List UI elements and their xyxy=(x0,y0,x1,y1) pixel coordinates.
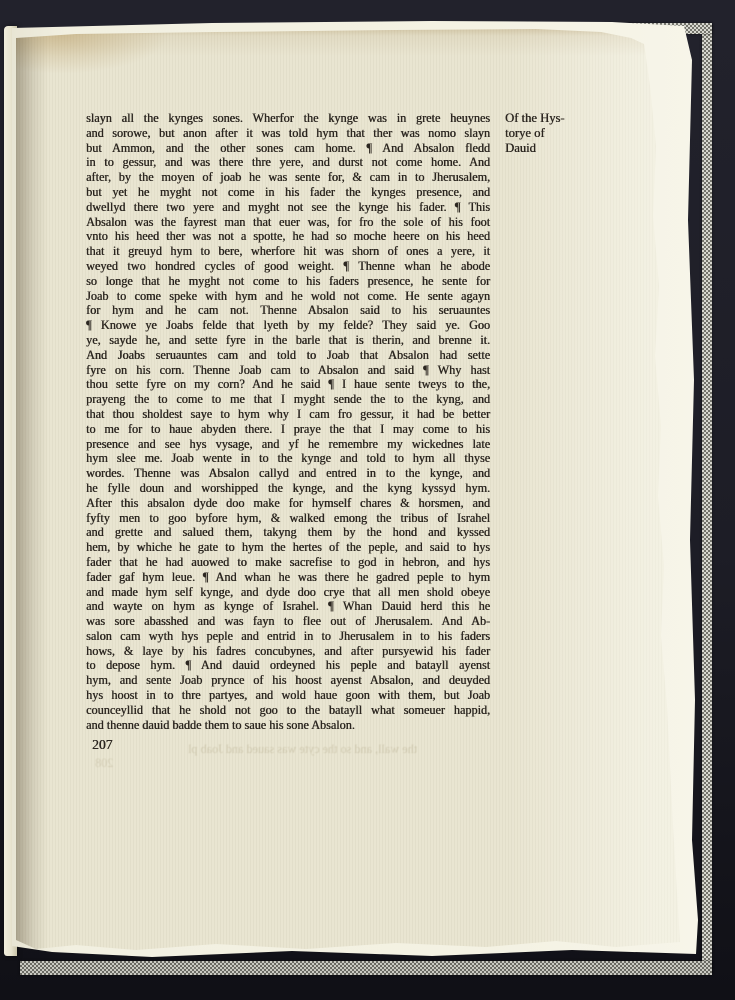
text-line: that thou sholdest saye to hym why I cam… xyxy=(86,407,490,422)
text-line: thou sette fyre on my corn? And he said … xyxy=(86,377,490,392)
text-line: wordes. Thenne was Absalon callyd and en… xyxy=(86,466,490,481)
text-line: hym slee me. Joab wente in to the kynge … xyxy=(86,451,490,466)
text-line: and made hym self kynge, and dyde doo cr… xyxy=(86,585,490,600)
text-line: And Joabs seruauntes cam and told to Joa… xyxy=(86,348,490,363)
text-line: and thenne dauid badde them to saue his … xyxy=(86,718,490,733)
text-line: dwellyd there two yere and myght not see… xyxy=(86,200,490,215)
show-through-page-number: 208 xyxy=(95,756,113,771)
text-line: fader that he had auowed to make sacrefi… xyxy=(86,555,490,570)
text-line: he fylle doun and worshipped the kynge, … xyxy=(86,481,490,496)
text-line: slayn all the kynges sones. Wherfor the … xyxy=(86,111,490,126)
text-line: after, by the moyen of joab he was sente… xyxy=(86,170,490,185)
text-line: hem, by whiche he gate to hym the hertes… xyxy=(86,540,490,555)
cloth-tape-right xyxy=(702,24,712,972)
text-line: to depose hym. ¶ And dauid ordeyned his … xyxy=(86,658,490,673)
text-line: but yet he myght not come in his fader t… xyxy=(86,185,490,200)
book-page: slayn all the kynges sones. Wherfor the … xyxy=(16,26,680,952)
text-line: hym, and sente Joab prynce of his hoost … xyxy=(86,673,490,688)
text-line: fyre on his corn. Thenne Joab cam to Abs… xyxy=(86,363,490,378)
cloth-tape-bottom xyxy=(20,961,712,975)
book-photo: slayn all the kynges sones. Wherfor the … xyxy=(0,0,735,1000)
text-line: After this absalon dyde doo make for hym… xyxy=(86,496,490,511)
text-line: ye, sayde he, and sette fyre in the barl… xyxy=(86,333,490,348)
text-line: fyfty men to goo byfore hym, & walked em… xyxy=(86,511,490,526)
text-line: Joab to come speke with hym and he wold … xyxy=(86,289,490,304)
text-line: ¶ Knowe ye Joabs felde that lyeth by my … xyxy=(86,318,490,333)
text-line: that it greuyd hym to bere, wherfore hit… xyxy=(86,244,490,259)
text-line: to me for to haue abyden there. I praye … xyxy=(86,422,490,437)
text-line: in to gessur, and was there thre yere, a… xyxy=(86,155,490,170)
text-line: for hym and he cam not. Thenne Absalon s… xyxy=(86,303,490,318)
text-line: presence and see hys vysage, and yf he r… xyxy=(86,437,490,452)
text-line: salon cam wyth hys peple and entrid in t… xyxy=(86,629,490,644)
text-line: hows, & laye by his fadres concubynes, a… xyxy=(86,644,490,659)
text-line: but Ammon, and the other sones cam home.… xyxy=(86,141,490,156)
page-number: 207 xyxy=(92,737,112,753)
text-line: counceyllid that he shold not goo to the… xyxy=(86,703,490,718)
show-through-margin: Dauid xyxy=(505,130,535,145)
text-line: prayeng the to come to me that I myght s… xyxy=(86,392,490,407)
text-line: fader gaf hym leue. ¶ And whan he was th… xyxy=(86,570,490,585)
text-line: so longe that he myght not come to his f… xyxy=(86,274,490,289)
text-line: and grette and salued them, takyng them … xyxy=(86,525,490,540)
body-text: slayn all the kynges sones. Wherfor the … xyxy=(86,111,490,732)
text-line: was sore abasshed and was fayn to flee o… xyxy=(86,614,490,629)
text-line: and sorowe, but anon after it was told h… xyxy=(86,126,490,141)
show-through-line: the wall, and so the cyte was saued and … xyxy=(115,742,490,757)
text-line: vnto his heed ther was not a spotte, he … xyxy=(86,229,490,244)
margin-note-line: Of the Hys- xyxy=(505,111,605,126)
text-line: Absalon was the fayrest man that euer wa… xyxy=(86,215,490,230)
text-line: hys hoost in to thre partyes, and wold h… xyxy=(86,688,490,703)
gutter-shadow xyxy=(16,26,48,952)
text-line: and wayte on hym as kynge of Israhel. ¶ … xyxy=(86,599,490,614)
text-line: weyed two hondred cycles of good weight.… xyxy=(86,259,490,274)
